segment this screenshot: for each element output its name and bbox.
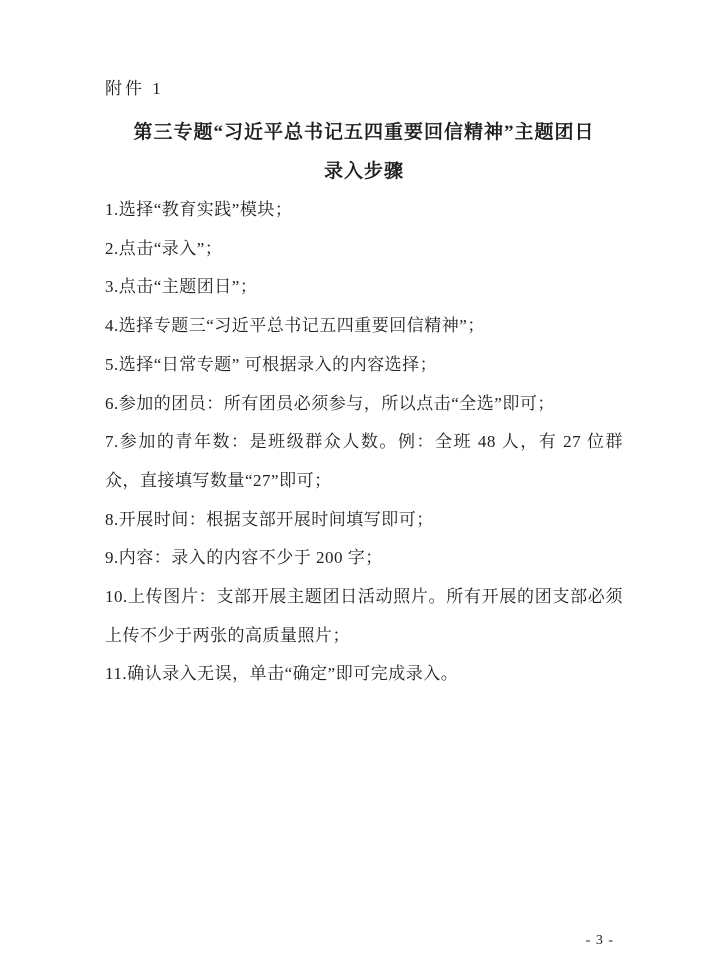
step-item-9: 9.内容：录入的内容不少于 200 字； (105, 539, 623, 578)
document-page: 附件 1 第三专题“习近平总书记五四重要回信精神”主题团日 录入步骤 1.选择“… (0, 0, 716, 960)
step-item-1: 1.选择“教育实践”模块； (105, 191, 623, 230)
step-item-10: 10.上传图片：支部开展主题团日活动照片。所有开展的团支部必须上传不少于两张的高… (105, 578, 623, 655)
step-item-11: 11.确认录入无误，单击“确定”即可完成录入。 (105, 655, 623, 694)
steps-list: 1.选择“教育实践”模块； 2.点击“录入”； 3.点击“主题团日”； 4.选择… (105, 191, 623, 694)
step-item-7: 7.参加的青年数：是班级群众人数。例：全班 48 人，有 27 位群众，直接填写… (105, 423, 623, 500)
step-item-8: 8.开展时间：根据支部开展时间填写即可； (105, 501, 623, 540)
step-item-5: 5.选择“日常专题” 可根据录入的内容选择； (105, 346, 623, 385)
step-item-3: 3.点击“主题团日”； (105, 268, 623, 307)
title-line-1: 第三专题“习近平总书记五四重要回信精神”主题团日 (100, 114, 628, 153)
attachment-label: 附件 1 (105, 74, 164, 99)
title-line-2: 录入步骤 (100, 153, 628, 192)
document-title: 第三专题“习近平总书记五四重要回信精神”主题团日 录入步骤 (100, 114, 628, 191)
page-number: - 3 - (586, 933, 614, 949)
step-item-2: 2.点击“录入”； (105, 230, 623, 269)
step-item-6: 6.参加的团员：所有团员必须参与，所以点击“全选”即可； (105, 385, 623, 424)
step-item-4: 4.选择专题三“习近平总书记五四重要回信精神”； (105, 307, 623, 346)
